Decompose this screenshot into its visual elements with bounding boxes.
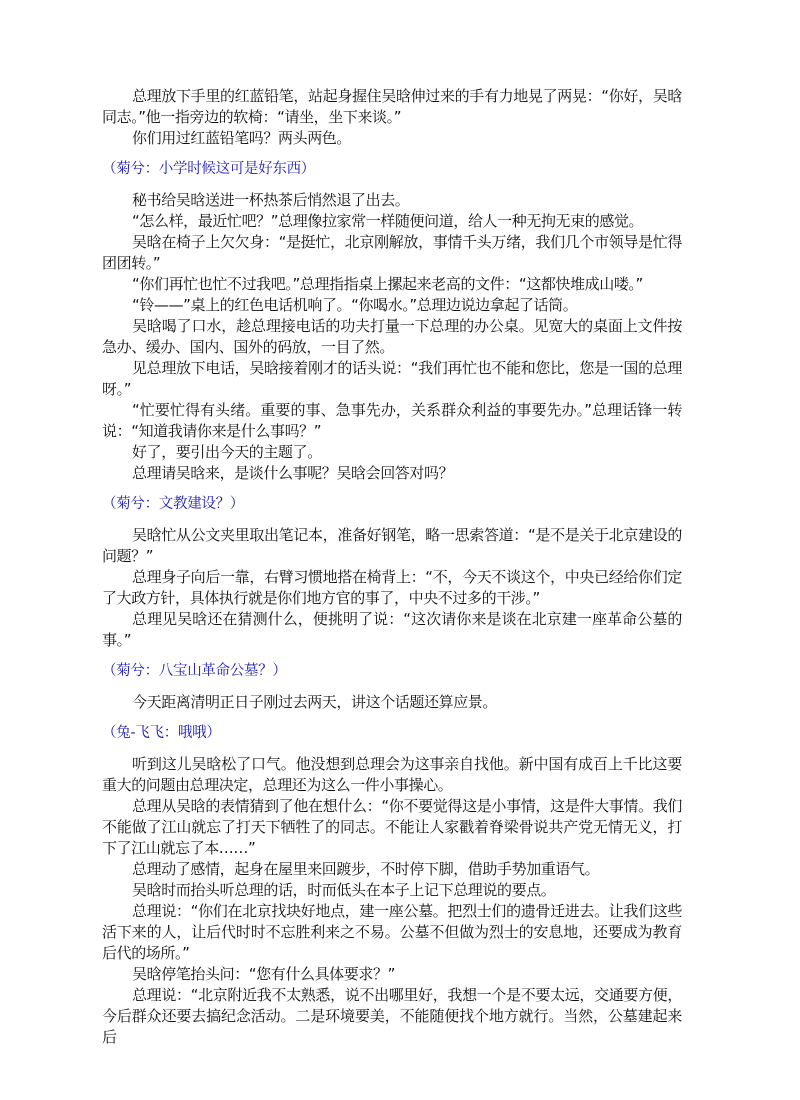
paragraph: 吴晗停笔抬头问：“您有什么具体要求？” xyxy=(102,964,682,985)
paragraph: “怎么样，最近忙吧？”总理像拉家常一样随便问道，给人一种无拘无束的感觉。 xyxy=(102,211,682,232)
document-page: 总理放下手里的红蓝铅笔，站起身握住吴晗伸过来的手有力地晃了两晃：“你好，吴晗同志… xyxy=(102,86,682,1048)
paragraph: 好了，要引出今天的主题了。 xyxy=(102,442,682,463)
paragraph: 听到这儿吴晗松了口气。他没想到总理会为这事亲自找他。新中国有成百上千比这要重大的… xyxy=(102,754,682,796)
paragraph: 总理见吴晗还在猜测什么，便挑明了说：“这次请你来是谈在北京建一座革命公墓的事。” xyxy=(102,609,682,651)
paragraph: 吴晗在椅子上欠欠身：“是挺忙，北京刚解放，事情千头万绪，我们几个市领导是忙得团团… xyxy=(102,232,682,274)
paragraph: 见总理放下电话，吴晗接着刚才的话头说：“我们再忙也不能和您比，您是一国的总理呀。… xyxy=(102,358,682,400)
paragraph: 总理身子向后一靠，右臂习惯地搭在椅背上：“不，今天不谈这个，中央已经给你们定了大… xyxy=(102,567,682,609)
paragraph: 你们用过红蓝铅笔吗？两头两色。 xyxy=(102,128,682,149)
reader-comment: （菊兮：文教建设？） xyxy=(102,494,682,515)
reader-comment: （菊兮：八宝山革命公墓？） xyxy=(102,661,682,682)
paragraph: 吴晗时而抬头听总理的话，时而低头在本子上记下总理说的要点。 xyxy=(102,880,682,901)
paragraph: “铃——”桌上的红色电话机响了。“你喝水。”总理边说边拿起了话筒。 xyxy=(102,295,682,316)
paragraph: 总理放下手里的红蓝铅笔，站起身握住吴晗伸过来的手有力地晃了两晃：“你好，吴晗同志… xyxy=(102,86,682,128)
paragraph: 总理说：“你们在北京找块好地点，建一座公墓。把烈士们的遗骨迁进去。让我们这些活下… xyxy=(102,901,682,964)
paragraph: “你们再忙也忙不过我吧。”总理指指桌上摞起来老高的文件：“这都快堆成山喽。” xyxy=(102,274,682,295)
paragraph: “忙要忙得有头绪。重要的事、急事先办，关系群众利益的事要先办。”总理话锋一转说：… xyxy=(102,400,682,442)
paragraph: 吴晗忙从公文夹里取出笔记本，准备好钢笔，略一思索答道：“是不是关于北京建设的问题… xyxy=(102,525,682,567)
paragraph: 吴晗喝了口水，趁总理接电话的功夫打量一下总理的办公桌。见宽大的桌面上文件按急办、… xyxy=(102,316,682,358)
paragraph: 总理从吴晗的表情猜到了他在想什么：“你不要觉得这是小事情，这是件大事情。我们不能… xyxy=(102,796,682,859)
paragraph: 今天距离清明正日子刚过去两天，讲这个话题还算应景。 xyxy=(102,692,682,713)
reader-comment: （兔-飞飞：哦哦） xyxy=(102,723,682,744)
paragraph: 总理说：“北京附近我不太熟悉，说不出哪里好，我想一个是不要太远，交通要方便，今后… xyxy=(102,985,682,1048)
paragraph: 总理动了感情，起身在屋里来回踱步，不时停下脚，借助手势加重语气。 xyxy=(102,859,682,880)
paragraph: 秘书给吴晗送进一杯热茶后悄然退了出去。 xyxy=(102,190,682,211)
paragraph: 总理请吴晗来，是谈什么事呢？吴晗会回答对吗？ xyxy=(102,463,682,484)
reader-comment: （菊兮：小学时候这可是好东西） xyxy=(102,159,682,180)
